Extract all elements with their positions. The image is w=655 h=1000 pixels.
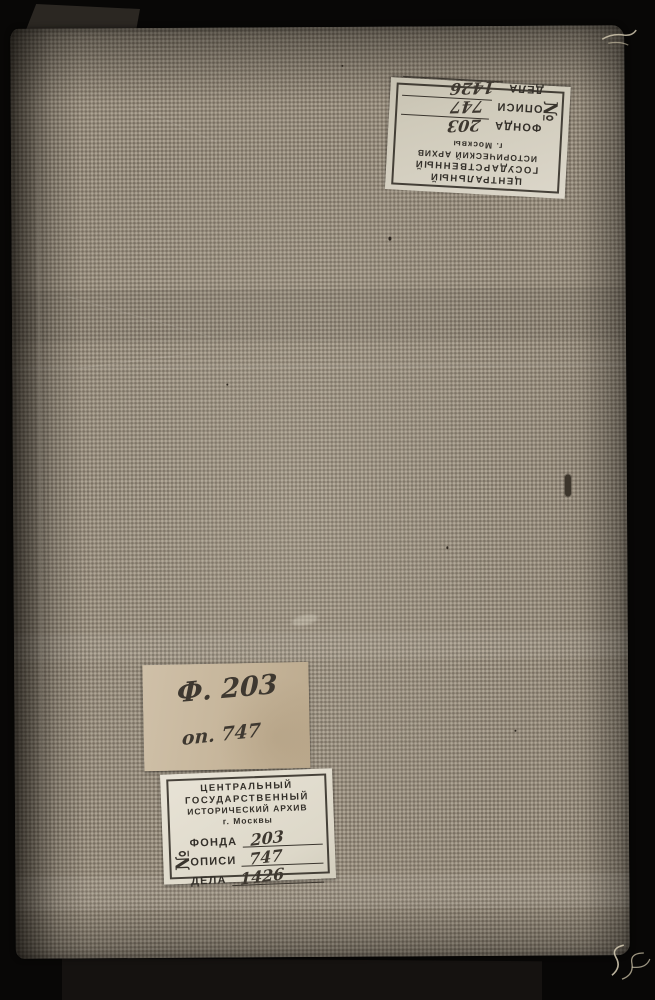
handwritten-shelfmark-label: Ф. 203 оп. 747 <box>142 662 310 771</box>
delo-line: 1426 <box>231 863 324 886</box>
fabric-light-smudge <box>291 612 319 627</box>
fabric-weave-band <box>14 631 628 661</box>
fabric-scratch <box>79 352 198 368</box>
frayed-threads-top-right <box>598 19 638 45</box>
opis-number-handwritten: оп. 747 <box>182 719 262 750</box>
stamp-header: ЦЕНТРАЛЬНЫЙ ГОСУДАРСТВЕННЫЙ ИСТОРИЧЕСКИЙ… <box>397 136 555 188</box>
stamp-border: ЦЕНТРАЛЬНЫЙ ГОСУДАРСТВЕННЫЙ ИСТОРИЧЕСКИЙ… <box>391 82 564 193</box>
scan-backdrop: ЦЕНТРАЛЬНЫЙ ГОСУДАРСТВЕННЫЙ ИСТОРИЧЕСКИЙ… <box>0 0 655 1000</box>
delo-label: ДЕЛА <box>191 874 227 887</box>
archive-stamp-label-top: ЦЕНТРАЛЬНЫЙ ГОСУДАРСТВЕННЫЙ ИСТОРИЧЕСКИЙ… <box>385 77 571 199</box>
fabric-scratch <box>67 296 212 337</box>
fond-number-handwritten: Ф. 203 <box>177 669 278 709</box>
delo-value-handwritten: 1426 <box>449 78 496 99</box>
delo-value-handwritten: 1426 <box>240 864 284 889</box>
fabric-speck <box>514 730 516 732</box>
fabric-speck <box>388 237 391 241</box>
stamp-header: ЦЕНТРАЛЬНЫЙ ГОСУДАРСТВЕННЫЙ ИСТОРИЧЕСКИЙ… <box>172 779 322 828</box>
book-spine-shadow <box>10 29 56 959</box>
fabric-slit-hole <box>565 474 571 496</box>
archive-stamp-label-bottom: ЦЕНТРАЛЬНЫЙ ГОСУДАРСТВЕННЫЙ ИСТОРИЧЕСКИЙ… <box>160 768 336 884</box>
delo-label: ДЕЛА <box>508 82 544 96</box>
book-cover: ЦЕНТРАЛЬНЫЙ ГОСУДАРСТВЕННЫЙ ИСТОРИЧЕСКИЙ… <box>10 25 630 959</box>
fabric-speck <box>226 384 228 386</box>
page-block-bottom-edge <box>62 956 542 1000</box>
stamp-border: ЦЕНТРАЛЬНЫЙ ГОСУДАРСТВЕННЫЙ ИСТОРИЧЕСКИЙ… <box>166 773 330 879</box>
frayed-threads-bottom-right <box>602 917 655 983</box>
fabric-weave-band <box>12 287 626 343</box>
fabric-speck <box>446 546 448 549</box>
stamp-fields: № ФОНДА 203 ОПИСИ 747 ДЕЛА 1426 <box>174 825 324 891</box>
fabric-scratch <box>134 106 217 143</box>
stamp-fields: № ФОНДА 203 ОПИСИ 747 ДЕЛА 1426 <box>400 74 559 142</box>
fabric-speck <box>341 65 343 67</box>
delo-field: ДЕЛА 1426 <box>191 864 325 888</box>
